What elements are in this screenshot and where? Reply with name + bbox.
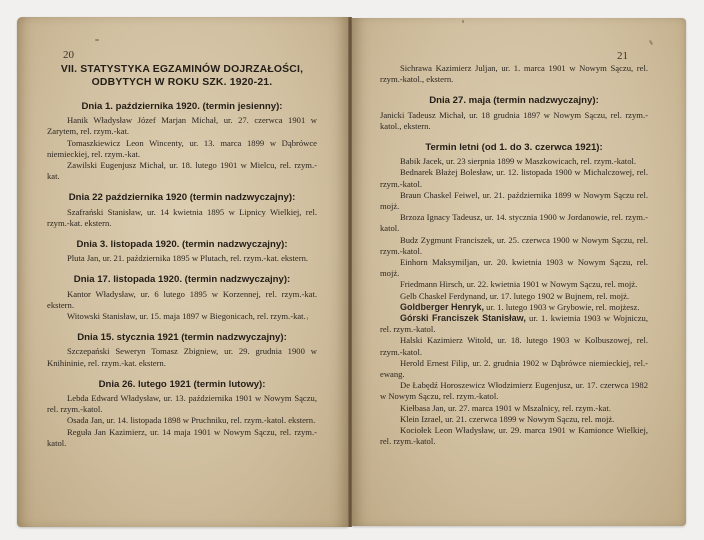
list-item: Szafrański Stanisław, ur. 14 kwietnia 18… (47, 207, 317, 229)
list-item: Pluta Jan, ur. 21. października 1895 w P… (47, 253, 317, 264)
list-item: Babik Jacek, ur. 23 sierpnia 1899 w Masz… (380, 156, 648, 167)
list-item: Klein Izrael, ur. 21. czerwca 1899 w Now… (380, 414, 648, 425)
list-item: Gelb Chaskel Ferdynand, ur. 17. lutego 1… (380, 291, 648, 302)
section-heading: Dnia 22 października 1920 (termin nadzwy… (47, 192, 317, 203)
list-item: Reguła Jan Kazimierz, ur. 14 maja 1901 w… (47, 427, 317, 449)
entry-text: Kociołek Leon Władysław, ur. 29. marca 1… (380, 425, 648, 446)
list-item: Lebda Edward Władysław, ur. 13. paździer… (47, 393, 317, 415)
section-heading: Dnia 15. stycznia 1921 (termin nadzwycza… (47, 332, 317, 343)
list-item: Brzoza Ignacy Tadeusz, ur. 14. stycznia … (380, 212, 648, 234)
list-item: Witowski Stanisław, ur. 15. maja 1897 w … (47, 311, 317, 322)
section-heading: Termin letni (od 1. do 3. czerwca 1921): (380, 142, 648, 153)
entry-text: De Łabędź Horoszewicz Włodzimierz Eugenj… (380, 380, 648, 401)
chapter-title: VII. STATYSTYKA EGZAMINÓW DOJRZAŁOŚCI, O… (47, 63, 317, 89)
list-item: Szczepański Seweryn Tomasz Zbigniew, ur.… (47, 346, 317, 368)
entry-text: Janicki Tadeusz Michał, ur. 18 grudnia 1… (380, 110, 648, 131)
right-page-content: Sichrawa Kazimierz Juljan, ur. 1. marca … (380, 61, 648, 448)
section-heading: Dnia 3. listopada 1920. (termin nadzwycz… (47, 239, 317, 250)
entry-bold-name: Goldberger Henryk, (400, 302, 484, 312)
list-item: Budz Zygmunt Franciszek, ur. 25. czerwca… (380, 235, 648, 257)
entry-bold-name: Górski Franciszek Stanisław, (400, 313, 526, 323)
list-item: De Łabędź Horoszewicz Włodzimierz Eugenj… (380, 380, 648, 402)
entry-text: ur. 1. lutego 1903 w Grybowie, rel. mojż… (484, 302, 639, 312)
list-item: Sichrawa Kazimierz Juljan, ur. 1. marca … (380, 63, 648, 85)
list-item: Hanik Władysław Józef Marjan Michał, ur.… (47, 115, 317, 137)
list-item: Tomaszkiewicz Leon Wincenty, ur. 13. mar… (47, 138, 317, 160)
section-heading: Dnia 27. maja (termin nadzwyczajny): (380, 95, 648, 106)
entry-text: Brzoza Ignacy Tadeusz, ur. 14. stycznia … (380, 212, 648, 233)
entry-text: Babik Jacek, ur. 23 sierpnia 1899 w Masz… (400, 156, 636, 166)
paper-fleck (649, 40, 653, 45)
entry-text: Budz Zygmunt Franciszek, ur. 25. czerwca… (380, 235, 648, 256)
list-item: Kantor Władysław, ur. 6 lutego 1895 w Ko… (47, 289, 317, 311)
entry-text: Gelb Chaskel Ferdynand, ur. 17. lutego 1… (400, 291, 629, 301)
list-item: Herold Ernest Filip, ur. 2. grudnia 1902… (380, 358, 648, 380)
paper-fleck (95, 39, 99, 41)
list-item: Kociołek Leon Władysław, ur. 29. marca 1… (380, 425, 648, 447)
list-item: Osada Jan, ur. 14. listopada 1898 w Pruc… (47, 415, 317, 426)
paper-fleck (462, 20, 464, 23)
entry-text: Klein Izrael, ur. 21. czerwca 1899 w Now… (400, 414, 614, 424)
entry-text: Einhorn Maksymiljan, ur. 20. kwietnia 19… (380, 257, 648, 278)
entry-text: Bednarek Błażej Bolesław, ur. 12. listop… (380, 167, 648, 188)
list-item: Einhorn Maksymiljan, ur. 20. kwietnia 19… (380, 257, 648, 279)
entry-text: Halski Kazimierz Witold, ur. 18. lutego … (380, 335, 648, 356)
entry-text: Braun Chaskel Feiwel, ur. 21. październi… (380, 190, 648, 211)
entry-text: Kiełbasa Jan, ur. 27. marca 1901 w Mszal… (400, 403, 611, 413)
right-page: 21 Sichrawa Kazimierz Juljan, ur. 1. mar… (352, 18, 686, 526)
list-item: Goldberger Henryk, ur. 1. lutego 1903 w … (380, 302, 648, 313)
list-item: Braun Chaskel Feiwel, ur. 21. październi… (380, 190, 648, 212)
list-item: Górski Franciszek Stanisław, ur. 1. kwie… (380, 313, 648, 335)
paper-fleck (307, 317, 308, 320)
entry-text: Herold Ernest Filip, ur. 2. grudnia 1902… (380, 358, 648, 379)
section-heading: Dnia 1. października 1920. (termin jesie… (47, 101, 317, 112)
list-item: Friedmann Hirsch, ur. 22. kwietnia 1901 … (380, 279, 648, 290)
left-page: 20 VII. STATYSTYKA EGZAMINÓW DOJRZAŁOŚCI… (17, 17, 348, 527)
list-item: Janicki Tadeusz Michał, ur. 18 grudnia 1… (380, 110, 648, 132)
entry-text: Friedmann Hirsch, ur. 22. kwietnia 1901 … (400, 279, 637, 289)
section-heading: Dnia 17. listopada 1920. (termin nadzwyc… (47, 274, 317, 285)
list-item: Zawilski Eugenjusz Michał, ur. 18. luteg… (47, 160, 317, 182)
list-item: Bednarek Błażej Bolesław, ur. 12. listop… (380, 167, 648, 189)
left-page-content: VII. STATYSTYKA EGZAMINÓW DOJRZAŁOŚCI, O… (47, 59, 317, 449)
list-item: Halski Kazimierz Witold, ur. 18. lutego … (380, 335, 648, 357)
list-item: Kiełbasa Jan, ur. 27. marca 1901 w Mszal… (380, 403, 648, 414)
section-heading: Dnia 26. lutego 1921 (termin lutowy): (47, 379, 317, 390)
